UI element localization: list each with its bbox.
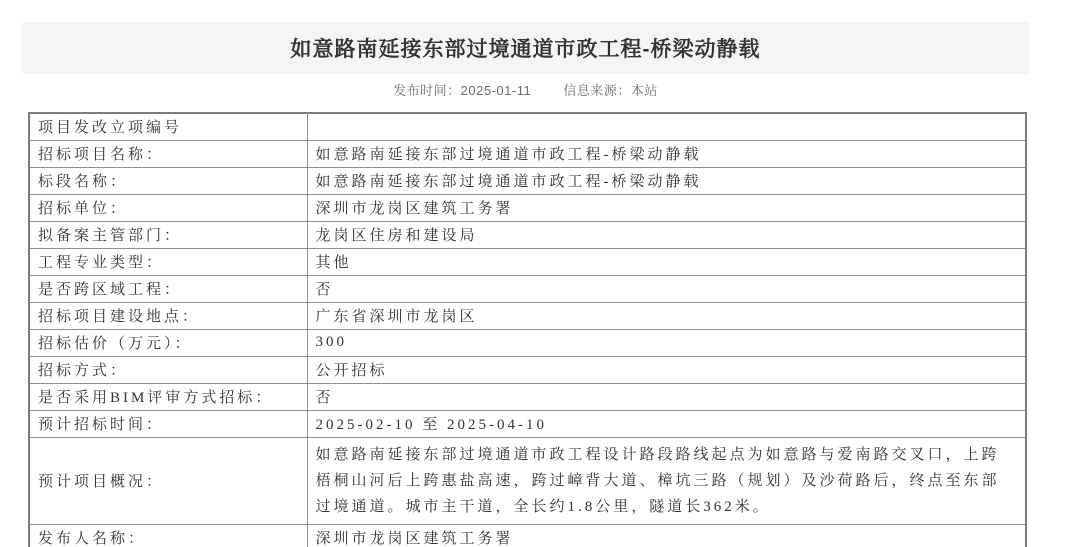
row-value: 公开招标	[307, 356, 1026, 383]
page-title: 如意路南延接东部过境通道市政工程-桥梁动静载	[291, 33, 761, 63]
row-label: 招标项目名称：	[29, 140, 307, 167]
project-info-table: 项目发改立项编号招标项目名称：如意路南延接东部过境通道市政工程-桥梁动静载标段名…	[28, 112, 1027, 547]
table-row: 项目发改立项编号	[29, 113, 1026, 140]
row-value: 龙岗区住房和建设局	[307, 221, 1026, 248]
table-row: 是否采用BIM评审方式招标：否	[29, 383, 1026, 410]
table-row: 招标单位：深圳市龙岗区建筑工务署	[29, 194, 1026, 221]
table-row: 招标估价（万元）：300	[29, 329, 1026, 356]
table-row: 拟备案主管部门：龙岗区住房和建设局	[29, 221, 1026, 248]
publish-time: 发布时间：2025-01-11	[393, 83, 531, 98]
row-value: 300	[307, 329, 1026, 356]
row-value: 深圳市龙岗区建筑工务署	[307, 194, 1026, 221]
info-source-label: 信息来源：	[563, 83, 631, 98]
publish-time-value: 2025-01-11	[461, 83, 532, 98]
table-row: 发布人名称：深圳市龙岗区建筑工务署	[29, 524, 1026, 547]
row-label: 项目发改立项编号	[29, 113, 307, 140]
table-row: 是否跨区域工程：否	[29, 275, 1026, 302]
row-label: 招标估价（万元）：	[29, 329, 307, 356]
row-value: 广东省深圳市龙岗区	[307, 302, 1026, 329]
row-value: 否	[307, 383, 1026, 410]
row-value: 否	[307, 275, 1026, 302]
header-band: 如意路南延接东部过境通道市政工程-桥梁动静载	[22, 22, 1029, 74]
row-label: 发布人名称：	[29, 524, 307, 547]
table-row: 标段名称：如意路南延接东部过境通道市政工程-桥梁动静载	[29, 167, 1026, 194]
row-value: 如意路南延接东部过境通道市政工程设计路段路线起点为如意路与爱南路交叉口，上跨梧桐…	[307, 437, 1026, 524]
row-value: 如意路南延接东部过境通道市政工程-桥梁动静载	[307, 140, 1026, 167]
row-value: 如意路南延接东部过境通道市政工程-桥梁动静载	[307, 167, 1026, 194]
row-label: 招标方式：	[29, 356, 307, 383]
row-label: 是否跨区域工程：	[29, 275, 307, 302]
row-label: 预计项目概况：	[29, 437, 307, 524]
table-row: 预计招标时间：2025-02-10 至 2025-04-10	[29, 410, 1026, 437]
row-value: 2025-02-10 至 2025-04-10	[307, 410, 1026, 437]
publish-time-label: 发布时间：	[393, 83, 461, 98]
row-label: 预计招标时间：	[29, 410, 307, 437]
meta-line: 发布时间：2025-01-11 信息来源：本站	[22, 80, 1029, 99]
row-label: 工程专业类型：	[29, 248, 307, 275]
row-label: 标段名称：	[29, 167, 307, 194]
row-value: 深圳市龙岗区建筑工务署	[307, 524, 1026, 547]
page: 如意路南延接东部过境通道市政工程-桥梁动静载 发布时间：2025-01-11 信…	[0, 0, 1080, 547]
row-value	[307, 113, 1026, 140]
row-label: 拟备案主管部门：	[29, 221, 307, 248]
row-value: 其他	[307, 248, 1026, 275]
row-label: 招标单位：	[29, 194, 307, 221]
table-row: 招标方式：公开招标	[29, 356, 1026, 383]
row-label: 招标项目建设地点：	[29, 302, 307, 329]
info-source-value: 本站	[631, 83, 658, 98]
table-row: 招标项目建设地点：广东省深圳市龙岗区	[29, 302, 1026, 329]
table-row: 招标项目名称：如意路南延接东部过境通道市政工程-桥梁动静载	[29, 140, 1026, 167]
table-row: 工程专业类型：其他	[29, 248, 1026, 275]
row-label: 是否采用BIM评审方式招标：	[29, 383, 307, 410]
info-source: 信息来源：本站	[563, 83, 658, 98]
table-body: 项目发改立项编号招标项目名称：如意路南延接东部过境通道市政工程-桥梁动静载标段名…	[29, 113, 1026, 547]
table-row: 预计项目概况：如意路南延接东部过境通道市政工程设计路段路线起点为如意路与爱南路交…	[29, 437, 1026, 524]
